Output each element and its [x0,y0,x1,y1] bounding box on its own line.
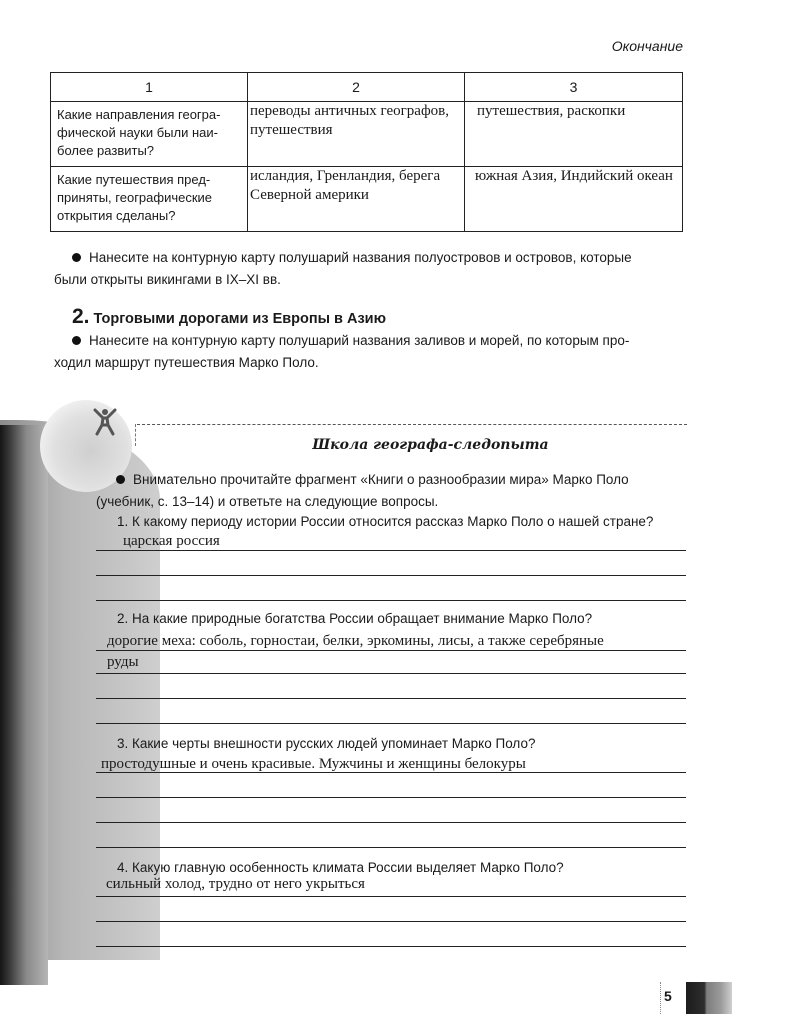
answer-line [96,896,686,897]
geography-table: 1 2 3 Какие направления геогра- фической… [50,72,683,232]
task-marco-polo-route-line2: ходил маршрут путешествия Марко Поло. [54,351,319,375]
school-intro: Внимательно прочитайте фрагмент «Книги о… [116,468,629,492]
column-header: 2 [248,73,465,102]
bullet-icon [116,475,125,484]
bullet-icon [72,336,81,345]
answer-3[interactable]: простодушные и очень красивые. Мужчины и… [101,756,526,773]
answer-line [96,575,686,576]
answer-line [96,847,686,848]
answer-cell-col2[interactable]: переводы античных географов, путешествия [248,102,465,167]
section-title: 2. Торговыми дорогами из Европы в Азию [72,305,386,329]
answer-1[interactable]: царская россия [123,533,220,550]
page-number-box [660,982,662,1014]
answer-cell-col2[interactable]: исландия, Гренландия, берега Северной ам… [248,167,465,232]
answer-line [96,921,686,922]
table-row: Какие направления геогра- фической науки… [51,102,683,167]
column-header: 3 [465,73,683,102]
page-corner-decoration [686,982,732,1014]
answer-cell-col3[interactable]: южная Азия, Индийский океан [465,167,683,232]
row-question: Какие направления геогра- фической науки… [51,102,248,167]
answer-line [96,650,686,651]
column-header: 1 [51,73,248,102]
answer-line [96,946,686,947]
page-number: 5 [664,988,672,1004]
answer-line [96,822,686,823]
question-4: 4. Какую главную особенность климата Рос… [117,860,564,875]
answer-line [96,723,686,724]
continued-label: Окончание [612,38,683,54]
answer-cell-col3[interactable]: путешествия, раскопки [465,102,683,167]
answer-line [96,600,686,601]
task-marco-polo-route: Нанесите на контурную карту полушарий на… [72,329,629,353]
answer-4[interactable]: сильный холод, трудно от него укрыться [106,876,365,893]
task-vikings: Нанесите на контурную карту полушарий на… [72,246,632,270]
question-3: 3. Какие черты внешности русских людей у… [117,736,535,751]
answer-line [96,797,686,798]
answer-line [96,698,686,699]
answer-line [96,673,686,674]
school-section-title: Школа географа-следопыта [0,437,801,453]
explorer-figure-icon [93,408,117,436]
task-vikings-line2: были открыты викингами в IX–XI вв. [54,268,281,292]
answer-line [96,772,686,773]
page-edge-shadow [0,425,48,985]
question-2: 2. На какие природные богатства России о… [117,611,592,626]
table-row: Какие путешествия пред- приняты, географ… [51,167,683,232]
answer-line [96,550,686,551]
row-question: Какие путешествия пред- приняты, географ… [51,167,248,232]
question-1: 1. К какому периоду истории России относ… [117,514,653,529]
bullet-icon [72,253,81,262]
answer-2[interactable]: дорогие меха: соболь, горностаи, белки, … [107,633,604,650]
answer-2-line2[interactable]: руды [107,654,139,671]
school-intro-line2: (учебник, с. 13–14) и ответьте на следую… [96,490,438,514]
box-border [137,424,687,425]
table-header-row: 1 2 3 [51,73,683,102]
